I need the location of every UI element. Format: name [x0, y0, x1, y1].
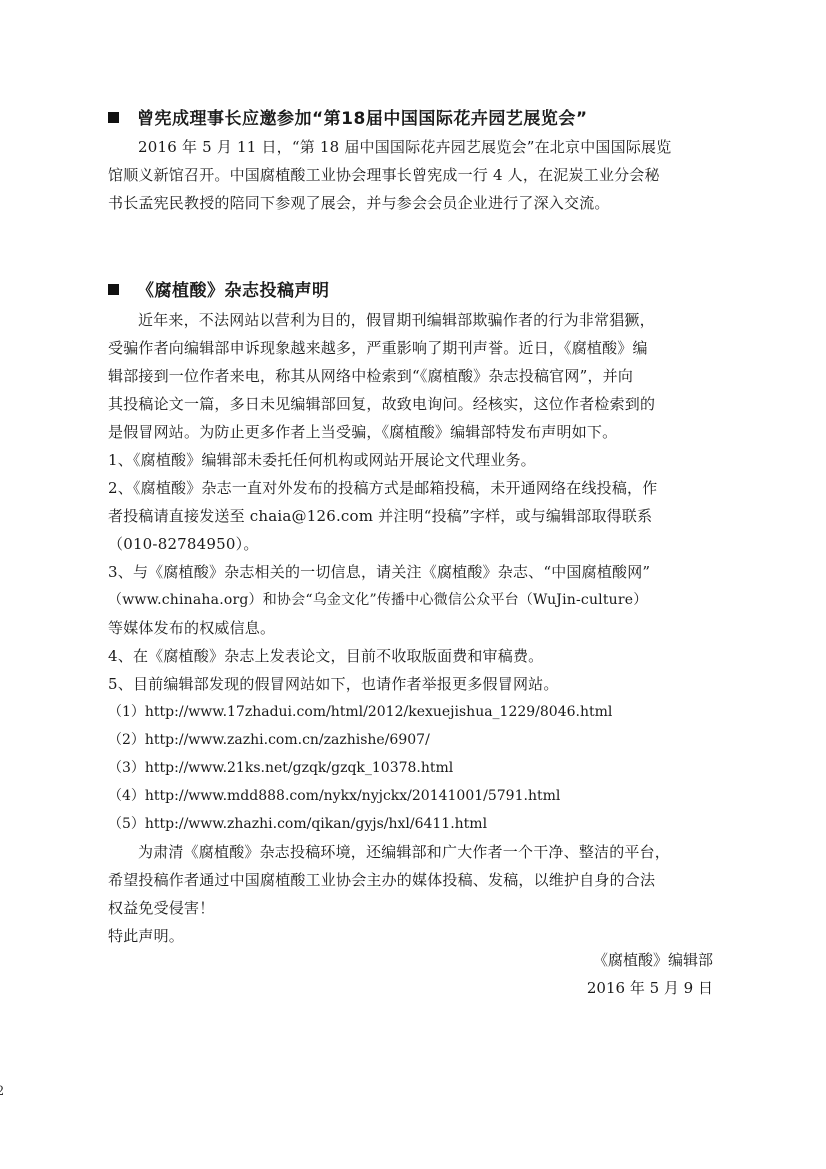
square-bullet-icon — [108, 284, 119, 295]
paragraph-line: 权益免受侵害！ — [108, 898, 214, 918]
paragraph-line: 受骗作者向编辑部申诉现象越来越多，严重影响了期刊声誉。近日，《腐植酸》编 — [108, 338, 648, 358]
section-1-heading: 曾宪成理事长应邀参加“第18届中国国际花卉园艺展览会” — [108, 108, 588, 130]
paragraph-line: 馆顺义新馆召开。中国腐植酸工业协会理事长曾宪成一行 4 人，在泥炭工业分会秘 — [108, 165, 660, 185]
section-2-heading: 《腐植酸》杂志投稿声明 — [108, 280, 330, 302]
fake-site-url: （4）http://www.mdd888.com/nykx/nyjckx/201… — [108, 786, 560, 806]
paragraph-line: 书长孟宪民教授的陪同下参观了展会，并与参会会员企业进行了深入交流。 — [108, 193, 610, 213]
statement-item: 5、目前编辑部发现的假冒网站如下，也请作者举报更多假冒网站。 — [108, 674, 559, 694]
statement-item: 2、《腐植酸》杂志一直对外发布的投稿方式是邮箱投稿，未开通网络在线投稿，作 — [108, 478, 657, 498]
fake-site-url: （2）http://www.zazhi.com.cn/zazhishe/6907… — [108, 730, 430, 750]
paragraph-line: 其投稿论文一篇，多日未见编辑部回复，故致电询问。经核实，这位作者检索到的 — [108, 394, 655, 414]
statement-item: （www.chinaha.org）和协会“乌金文化”传播中心微信公众平台（WuJ… — [108, 590, 647, 610]
section-2-title: 《腐植酸》杂志投稿声明 — [137, 281, 330, 301]
statement-item: 1、《腐植酸》编辑部未委托任何机构或网站开展论文代理业务。 — [108, 450, 536, 470]
square-bullet-icon — [108, 112, 119, 123]
fake-site-url: （3）http://www.21ks.net/gzqk/gzqk_10378.h… — [108, 758, 453, 778]
statement-item: 等媒体发布的权威信息。 — [108, 618, 275, 638]
fake-site-url: （5）http://www.zhazhi.com/qikan/gyjs/hxl/… — [108, 814, 487, 834]
statement-item: 者投稿请直接发送至 chaia@126.com 并注明“投稿”字样，或与编辑部取… — [108, 506, 652, 526]
paragraph-line: 2016 年 5 月 11 日，“第 18 届中国国际花卉园艺展览会”在北京中国… — [108, 137, 671, 157]
paragraph-line: 希望投稿作者通过中国腐植酸工业协会主办的媒体投稿、发稿，以维护自身的合法 — [108, 870, 655, 890]
signature: 《腐植酸》编辑部 — [593, 950, 713, 970]
section-1-title: 曾宪成理事长应邀参加“第18届中国国际花卉园艺展览会” — [137, 109, 588, 129]
statement-item: 4、在《腐植酸》杂志上发表论文，目前不收取版面费和审稿费。 — [108, 646, 543, 666]
fake-site-url: （1）http://www.17zhadui.com/html/2012/kex… — [108, 702, 612, 722]
statement-item: 3、与《腐植酸》杂志相关的一切信息，请关注《腐植酸》杂志、“中国腐植酸网” — [108, 562, 650, 582]
paragraph-line: 近年来，不法网站以营利为目的，假冒期刊编辑部欺骗作者的行为非常猖獗， — [108, 310, 655, 330]
statement-item: （010-82784950）。 — [108, 534, 259, 554]
paragraph-line: 是假冒网站。为防止更多作者上当受骗，《腐植酸》编辑部特发布声明如下。 — [108, 422, 617, 442]
page-number: 2 — [0, 1084, 4, 1099]
paragraph-line: 辑部接到一位作者来电，称其从网络中检索到“《腐植酸》杂志投稿官网”，并向 — [108, 366, 633, 386]
paragraph-line: 为肃清《腐植酸》杂志投稿环境，还编辑部和广大作者一个干净、整洁的平台， — [108, 842, 670, 862]
paragraph-line: 特此声明。 — [108, 926, 184, 946]
signature-date: 2016 年 5 月 9 日 — [587, 978, 713, 998]
